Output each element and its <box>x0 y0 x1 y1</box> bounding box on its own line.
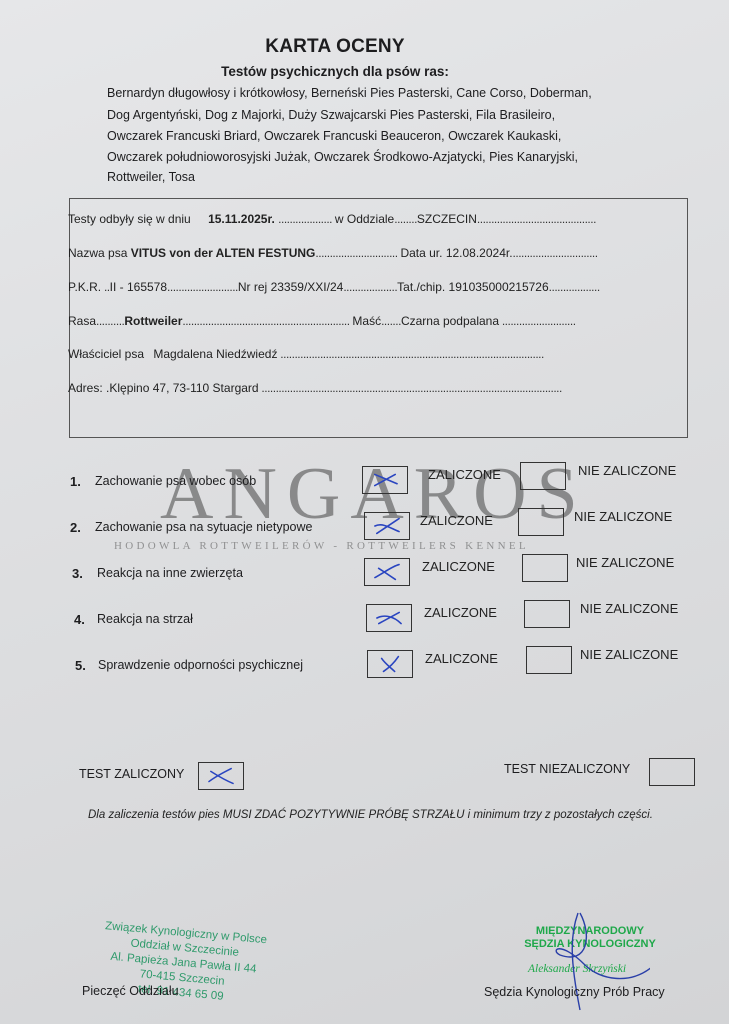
pass-checkbox[interactable] <box>362 466 408 494</box>
dotted-line: ....... <box>381 314 401 328</box>
dotted-line: ........................................… <box>182 314 352 328</box>
check-mark-icon <box>365 513 409 539</box>
test-date-row: Testy odbyły się w dniu 15.11.2025r. ...… <box>68 212 596 226</box>
pass-checkbox[interactable] <box>364 558 410 586</box>
owner-row: Właściciel psa Magdalena Niedźwiedź ....… <box>68 347 544 361</box>
check-mark-icon <box>199 763 243 789</box>
address-value: .Klępino 47, 73-110 Stargard <box>106 381 259 395</box>
judge-label: Sędzia Kynologiczny Prób Pracy <box>484 985 665 999</box>
breeds-line: Owczarek Francuski Briard, Owczarek Fran… <box>107 129 561 143</box>
dotted-line: ............................. <box>315 246 400 260</box>
branch-label: w Oddziale <box>335 212 394 226</box>
branch-stamp-label: Pieczęć Oddziału <box>82 984 179 998</box>
check-mark-icon <box>365 559 409 585</box>
breed-value: Rottweiler <box>124 314 182 328</box>
chip-value: 191035000215726 <box>449 280 549 294</box>
dotted-line: ................... <box>343 280 397 294</box>
breeds-line: Dog Argentyński, Dog z Majorki, Duży Szw… <box>107 108 555 122</box>
test-label: Zachowanie psa na sytuacje nietypowe <box>95 520 313 534</box>
test-number: 2. <box>70 520 81 535</box>
fail-checkbox[interactable] <box>518 508 564 536</box>
birth-date-value: 12.08.2024r. <box>446 246 513 260</box>
fail-label: NIE ZALICZONE <box>578 463 676 478</box>
pass-label: ZALICZONE <box>422 559 495 574</box>
document-subtitle: Testów psychicznych dla psów ras: <box>0 64 670 79</box>
dotted-line: ................... <box>278 212 335 226</box>
pass-checkbox[interactable] <box>366 604 412 632</box>
kennel-watermark-subtitle: HODOWLA ROTTWEILERÓW - ROTTWEILERS KENNE… <box>114 540 529 552</box>
test-label: Sprawdzenie odporności psychicznej <box>98 658 303 672</box>
dotted-line: .. <box>101 280 110 294</box>
test-passed-checkbox[interactable] <box>198 762 244 790</box>
reg-label: Nr rej <box>238 280 267 294</box>
test-number: 3. <box>72 566 83 581</box>
fail-label: NIE ZALICZONE <box>580 647 678 662</box>
owner-label: Właściciel psa <box>68 347 144 361</box>
address-row: Adres: .Klępino 47, 73-110 Stargard ....… <box>68 381 562 395</box>
test-label: Reakcja na strzał <box>97 612 193 626</box>
test-failed-label: TEST NIEZALICZONY <box>504 762 630 776</box>
breeds-line: Bernardyn długowłosy i krótkowłosy, Bern… <box>107 86 592 100</box>
color-value: Czarna podpalana <box>401 314 499 328</box>
color-label: Maść <box>352 314 381 328</box>
test-failed-checkbox[interactable] <box>649 758 695 786</box>
check-mark-icon <box>367 605 411 631</box>
birth-date-label: Data ur. <box>400 246 442 260</box>
breeds-line: Owczarek południoworosyjski Jużak, Owcza… <box>107 150 578 164</box>
dotted-line: .................. <box>549 280 600 294</box>
fail-checkbox[interactable] <box>522 554 568 582</box>
dotted-line: ........ <box>394 212 417 226</box>
test-passed-label: TEST ZALICZONY <box>79 767 184 781</box>
fail-checkbox[interactable] <box>520 462 566 490</box>
fail-checkbox[interactable] <box>526 646 572 674</box>
dog-name-value: VITUS von der ALTEN FESTUNG <box>131 246 316 260</box>
dog-name-label: Nazwa psa <box>68 246 127 260</box>
chip-label: Tat./chip. <box>397 280 445 294</box>
pass-label: ZALICZONE <box>424 605 497 620</box>
dotted-line: ......................... <box>167 280 238 294</box>
check-mark-icon <box>368 651 412 677</box>
test-label: Reakcja na inne zwierzęta <box>97 566 243 580</box>
test-label: Zachowanie psa wobec osób <box>95 474 256 488</box>
address-label: Adres: <box>68 381 103 395</box>
pass-checkbox[interactable] <box>364 512 410 540</box>
test-number: 5. <box>75 658 86 673</box>
breeds-line: Rottweiler, Tosa <box>107 170 195 184</box>
passing-rule-note: Dla zaliczenia testów pies MUSI ZDAĆ POZ… <box>88 809 653 821</box>
document-title: KARTA OCENY <box>0 36 670 58</box>
fail-checkbox[interactable] <box>524 600 570 628</box>
pass-label: ZALICZONE <box>420 513 493 528</box>
fail-label: NIE ZALICZONE <box>574 509 672 524</box>
fail-label: NIE ZALICZONE <box>580 601 678 616</box>
dotted-line: ........................................… <box>277 347 543 361</box>
test-date-value: 15.11.2025r. <box>208 212 275 226</box>
test-number: 1. <box>70 474 81 489</box>
pkr-value: II - 165578 <box>110 280 167 294</box>
pass-label: ZALICZONE <box>428 467 501 482</box>
dog-name-row: Nazwa psa VITUS von der ALTEN FESTUNG...… <box>68 246 598 260</box>
fail-label: NIE ZALICZONE <box>576 555 674 570</box>
owner-value: Magdalena Niedźwiedź <box>153 347 277 361</box>
breed-row: Rasa..........Rottweiler................… <box>68 314 576 328</box>
test-date-label: Testy odbyły się w dniu <box>68 212 191 226</box>
pkr-label: P.K.R. <box>68 280 101 294</box>
test-number: 4. <box>74 612 85 627</box>
reg-value: 23359/XXI/24 <box>271 280 344 294</box>
dotted-line: ........................................… <box>477 212 596 226</box>
dotted-line: .......................... <box>499 314 576 328</box>
breed-label: Rasa <box>68 314 96 328</box>
dotted-line: ........................................… <box>259 381 562 395</box>
check-mark-icon <box>363 467 407 493</box>
pass-label: ZALICZONE <box>425 651 498 666</box>
branch-value: SZCZECIN <box>417 212 477 226</box>
pass-checkbox[interactable] <box>367 650 413 678</box>
registration-row: P.K.R. ..II - 165578....................… <box>68 280 600 294</box>
dotted-line: .............................. <box>513 246 598 260</box>
dotted-line: .......... <box>96 314 124 328</box>
